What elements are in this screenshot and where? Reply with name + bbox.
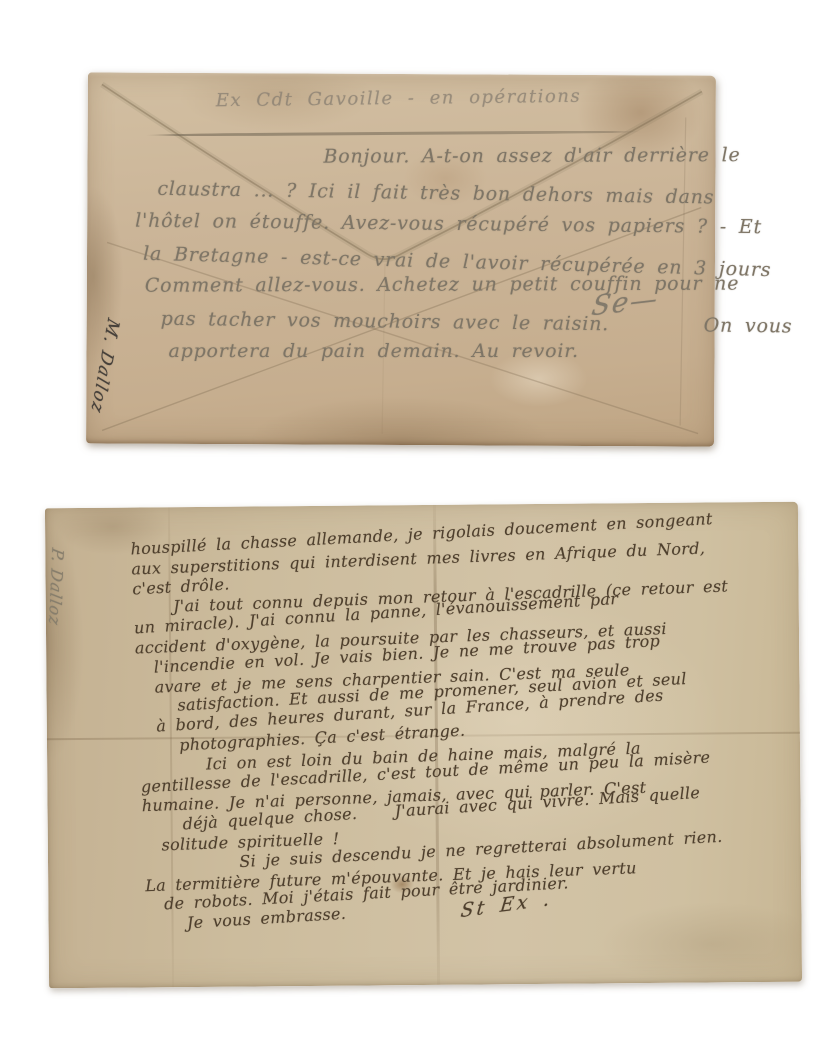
envelope-message-line: Bonjour. A-t-on assez d'air derrière le [323, 144, 692, 178]
letter-sheet: P. Dalloz houspillé la chasse allemande,… [45, 502, 802, 989]
letter-text-block: houspillé la chasse allemande, je rigola… [130, 512, 787, 935]
envelope-message-block: Bonjour. A-t-on assez d'air derrière le … [126, 145, 692, 375]
photo-background: Ex Cdt Gavoille - en opérations Bonjour.… [0, 0, 840, 1038]
envelope: Ex Cdt Gavoille - en opérations Bonjour.… [86, 72, 716, 446]
envelope-message-line: apportera du pain demain. Au revoir. [168, 340, 691, 373]
envelope-top-annotation: Ex Cdt Gavoille - en opérations [216, 86, 582, 111]
envelope-message-line: l'hôtel on étouffe. Avez-vous récupéré v… [135, 210, 692, 248]
letter-side-annotation: P. Dalloz [45, 547, 67, 628]
